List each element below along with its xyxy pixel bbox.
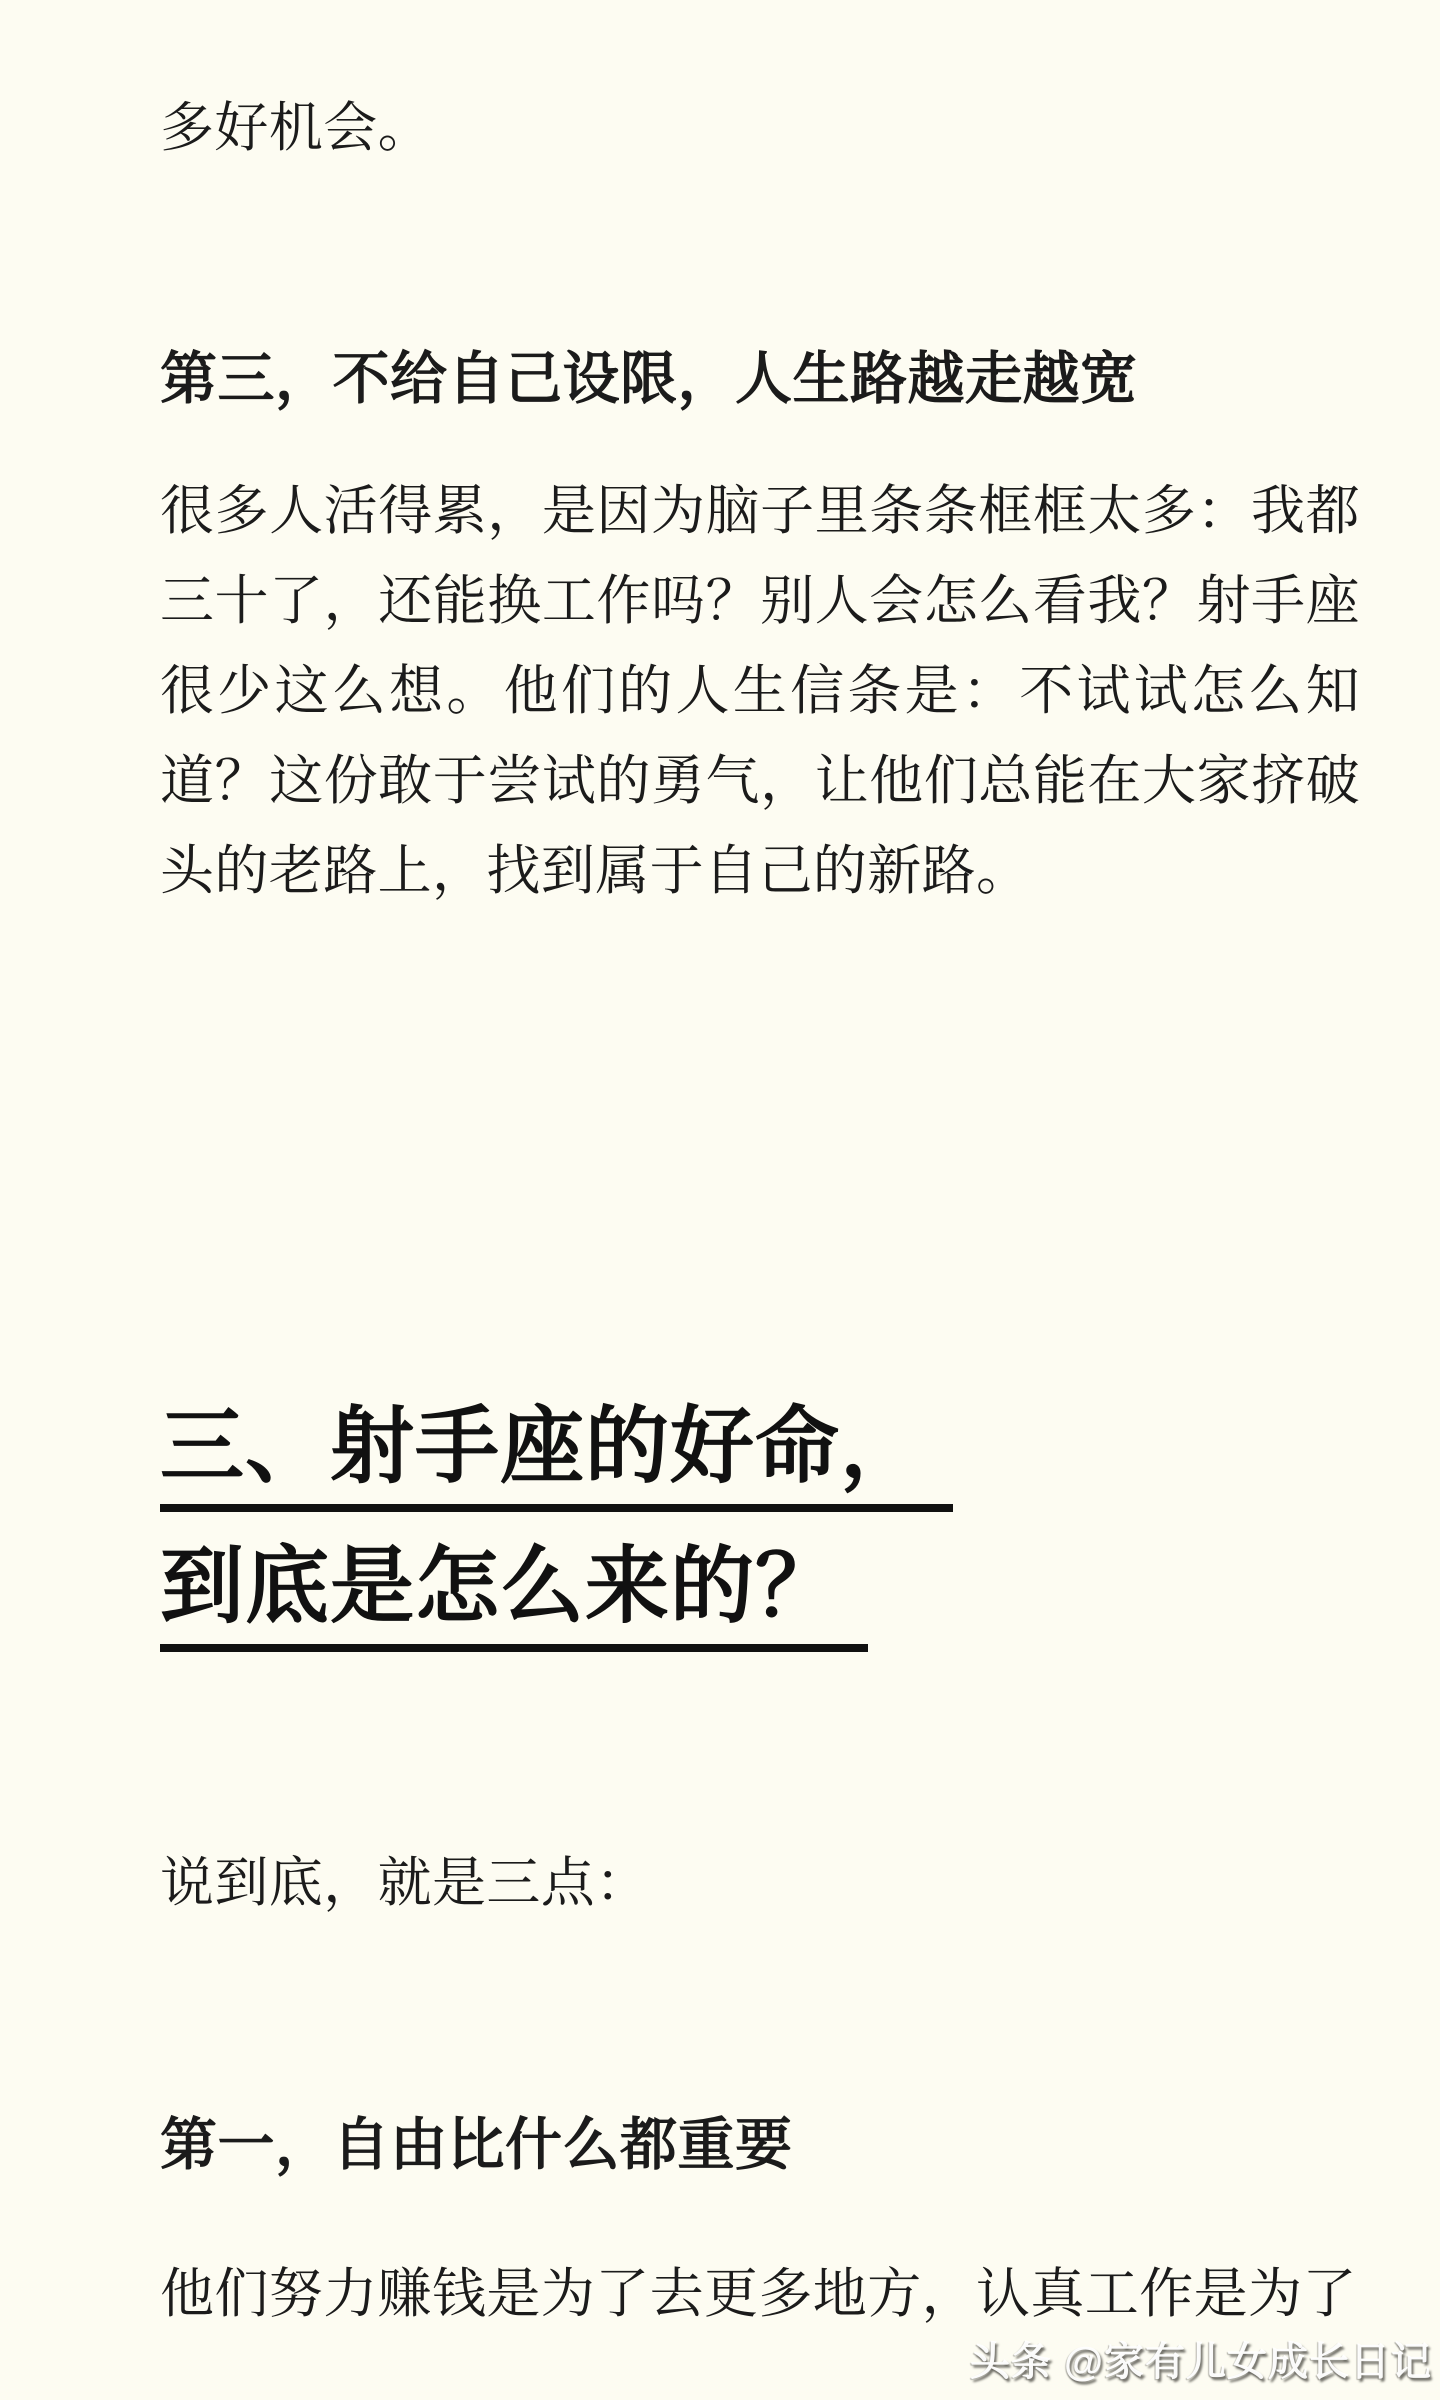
summary-lead: 说到底，就是三点： (160, 1851, 1360, 1915)
body-paragraph: 很多人活得累，是因为脑子里条条框框太多：我都三十了，还能换工作吗？别人会怎么看我… (160, 466, 1360, 916)
watermark-handle: @家有儿女成长日记 (1064, 2340, 1432, 2384)
subheading-point3: 第三，不给自己设限，人生路越走越宽 (160, 346, 1360, 412)
article-page: 多好机会。 第三，不给自己设限，人生路越走越宽 很多人活得累，是因为脑子里条条框… (0, 0, 1440, 2400)
body-paragraph-fragment: 他们努力赚钱是为了去更多地方，认真工作是为了 (160, 2249, 1360, 2339)
chapter-heading-line2: 到底是怎么来的？ (160, 1542, 868, 1652)
chapter-heading-line1: 三、射手座的好命， (160, 1402, 953, 1512)
watermark: 头条 @家有儿女成长日记 (970, 2330, 1432, 2387)
trailing-sentence-fragment: 多好机会。 (160, 96, 1360, 160)
watermark-platform: 头条 (970, 2340, 1052, 2384)
subheading-point1: 第一，自由比什么都重要 (160, 2112, 1360, 2178)
chapter-heading: 三、射手座的好命， 到底是怎么来的？ (160, 1402, 1360, 1652)
